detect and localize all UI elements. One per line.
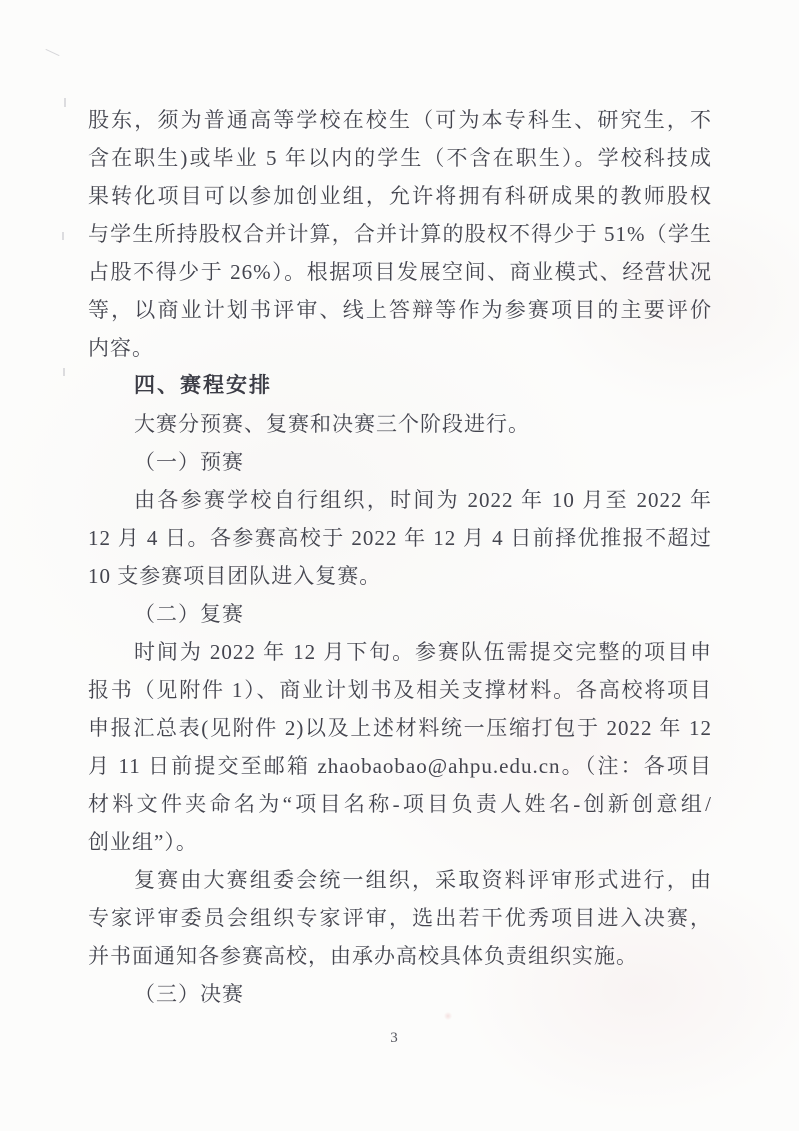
subsection-heading-semifinal: （二）复赛 [88,595,712,633]
text-line: 含在职生)或毕业 5 年以内的学生（不含在职生）。学校科技成 [88,139,712,177]
scan-edge-artifact [64,98,66,107]
subsection-heading-final: （三）决赛 [88,975,712,1013]
text-line: 材料文件夹命名为“项目名称-项目负责人姓名-创新创意组/ [88,785,712,823]
text-line: 12 月 4 日。各参赛高校于 2022 年 12 月 4 日前择优推报不超过 [88,519,712,557]
document-page: 股东，须为普通高等学校在校生（可为本专科生、研究生，不含在职生)或毕业 5 年以… [0,0,799,1131]
text-line: 复赛由大赛组委会统一组织，采取资料评审形式进行，由 [88,861,712,899]
text-line: 报书（见附件 1）、商业计划书及相关支撑材料。各高校将项目 [88,671,712,709]
text-line: 专家评审委员会组织专家评审，选出若干优秀项目进入决赛， [88,899,712,937]
text-line: 申报汇总表(见附件 2)以及上述材料统一压缩打包于 2022 年 12 [88,709,712,747]
text-line: 时间为 2022 年 12 月下旬。参赛队伍需提交完整的项目申 [88,633,712,671]
text-line: 等，以商业计划书评审、线上答辩等作为参赛项目的主要评价 [88,291,712,329]
text-line: 10 支参赛项目团队进入复赛。 [88,557,712,595]
section-heading-4: 四、赛程安排 [88,367,712,405]
text-line: 占股不得少于 26%）。根据项目发展空间、商业模式、经营状况 [88,253,712,291]
text-line: 由各参赛学校自行组织，时间为 2022 年 10 月至 2022 年 [88,481,712,519]
text-line: 果转化项目可以参加创业组，允许将拥有科研成果的教师股权 [88,177,712,215]
scan-edge-artifact [63,368,65,376]
text-line: 创业组”）。 [88,823,712,861]
text-line: 月 11 日前提交至邮箱 zhaobaobao@ahpu.edu.cn。（注：各… [88,747,712,785]
scan-scratch-artifact [45,49,59,56]
text-line: 大赛分预赛、复赛和决赛三个阶段进行。 [88,405,712,443]
page-number: 3 [0,1030,788,1047]
text-line: 并书面通知各参赛高校，由承办高校具体负责组织实施。 [88,937,712,975]
document-body: 股东，须为普通高等学校在校生（可为本专科生、研究生，不含在职生)或毕业 5 年以… [88,101,712,1013]
text-line: 股东，须为普通高等学校在校生（可为本专科生、研究生，不 [88,101,712,139]
scan-edge-artifact [62,232,64,240]
text-line: 与学生所持股权合并计算，合并计算的股权不得少于 51%（学生 [88,215,712,253]
subsection-heading-preliminary: （一）预赛 [88,443,712,481]
text-line: 内容。 [88,329,712,367]
